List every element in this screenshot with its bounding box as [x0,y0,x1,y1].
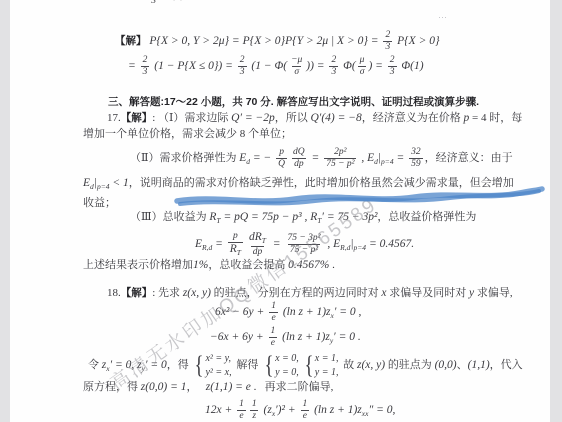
text-line: 令 zx′ = 0, zy′ = 0，得 {x² = y,y² = x, 解得 … [88,352,523,379]
text-line: 上述结果表示价格增加1%，总收益会提高 0.4567% . [83,258,335,272]
text-line: ER,d = pRTdRTdp = 75 − 3p²75 − p² , ER,d… [195,231,414,258]
document-page: ⋯⋯ = 23 Φ(1) ⋯⋯⋯⋯【解】 P{X > 0, Y > 2μ} = … [10,0,550,422]
text-line: （Ⅲ）总收益为 RT = pQ = 75p − p³ , RT′ = 75 − … [130,210,476,228]
text-line: ⋯⋯ = 23 Φ(1) ⋯⋯⋯ [105,0,222,7]
text-line: 6x² − 6y + 1e (ln z + 1)zx′ = 0 , [215,301,361,324]
text-line: 12x + 1e1z (zx′)² + 1e (ln z + 1)zxx″ = … [205,399,395,422]
text-line: 收益； [83,196,116,210]
text-line: ⋯ [438,10,447,24]
text-line: 增加一个单位价格，需求会减少 8 个单位； [83,127,292,141]
text-line: 17.【解】: （Ⅰ）需求边际 Q′ = −2p，所以 Q′(4) = −8，经… [107,111,522,125]
viewer-right-margin [550,0,562,422]
text-line: 18.【解】: 先求 z(x, y) 的驻点，分别在方程的两边同时对 x 求偏导… [107,286,513,300]
viewer-left-margin [0,0,10,422]
text-line: = 23 (1 − P{X ≤ 0}) = 23 (1 − Φ(−μσ)) = … [128,55,424,78]
text-line: 【解】 P{X > 0, Y > 2μ} = P{X > 0}P{Y > 2μ … [115,30,440,53]
text-line: Ed|p=4 < 1，说明商品的需求对价格缺乏弹性，此时增加价格虽然会减少需求量… [83,176,514,194]
text-line: 三、解答题:17～22 小题，共 70 分. 解答应写出文字说明、证明过程或演算… [108,95,479,109]
scanned-document-viewer: ⋯⋯ = 23 Φ(1) ⋯⋯⋯⋯【解】 P{X > 0, Y > 2μ} = … [0,0,562,422]
text-line: 原方程，得 z(0,0) = 1， z(1,1) = e . 再求二阶偏导, [83,380,333,394]
text-line: （Ⅱ）需求价格弹性为 Ed = − pQdQdp = 2p²75 − p² , … [130,147,513,170]
text-line: −6x + 6y + 1e (ln z + 1)zy′ = 0 . [210,326,361,349]
